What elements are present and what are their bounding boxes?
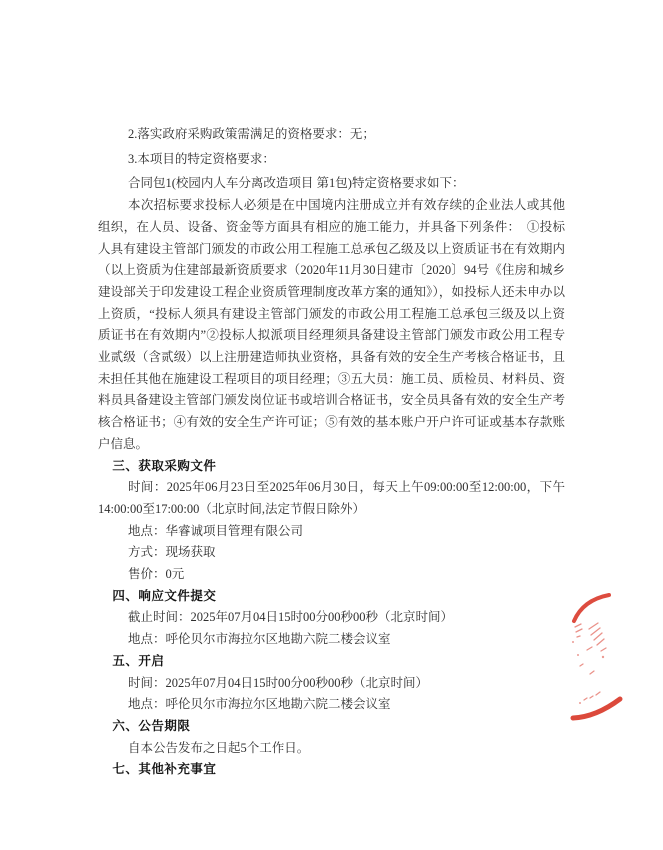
submission-deadline-line: 截止时间：2025年07月04日15时00分00秒00秒（北京时间） <box>98 607 565 629</box>
paragraph-bidder-requirements: 本次招标要求投标人必须是在中国境内注册成立并有效存续的企业法人或其他组织，在人员… <box>98 195 565 455</box>
obtain-time-line: 时间：2025年06月23日至2025年06月30日，每天上午09:00:00至… <box>98 477 565 520</box>
paragraph-contract-package: 合同包1(校园内人车分离改造项目 第1包)特定资格要求如下： <box>98 173 565 195</box>
section-heading-response-submission: 四、响应文件提交 <box>98 586 565 608</box>
obtain-price-line: 售价：0元 <box>98 564 565 586</box>
submission-location-line: 地点：呼伦贝尔市海拉尔区地勘六院二楼会议室 <box>98 629 565 651</box>
announcement-period-line: 自本公告发布之日起5个工作日。 <box>98 738 565 760</box>
paragraph-specific-requirements: 3.本项目的特定资格要求： <box>98 149 565 171</box>
official-seal-partial-icon <box>556 582 663 732</box>
section-heading-announcement-period: 六、公告期限 <box>98 716 565 738</box>
seal-inner-marks <box>575 623 606 700</box>
opening-location-line: 地点：呼伦贝尔市海拉尔区地勘六院二楼会议室 <box>98 694 565 716</box>
obtain-method-line: 方式：现场获取 <box>98 542 565 564</box>
obtain-location-line: 地点：华睿诚项目管理有限公司 <box>98 521 565 543</box>
opening-time-line: 时间：2025年07月04日15时00分00秒00秒（北京时间） <box>98 673 565 695</box>
section-heading-opening: 五、开启 <box>98 651 565 673</box>
section-heading-other-matters: 七、其他补充事宜 <box>98 759 565 781</box>
announcement-document: 2.落实政府采购政策需满足的资格要求：无； 3.本项目的特定资格要求： 合同包1… <box>98 124 565 781</box>
paragraph-policy-requirements: 2.落实政府采购政策需满足的资格要求：无； <box>98 124 565 146</box>
section-heading-obtain-documents: 三、获取采购文件 <box>98 456 565 478</box>
